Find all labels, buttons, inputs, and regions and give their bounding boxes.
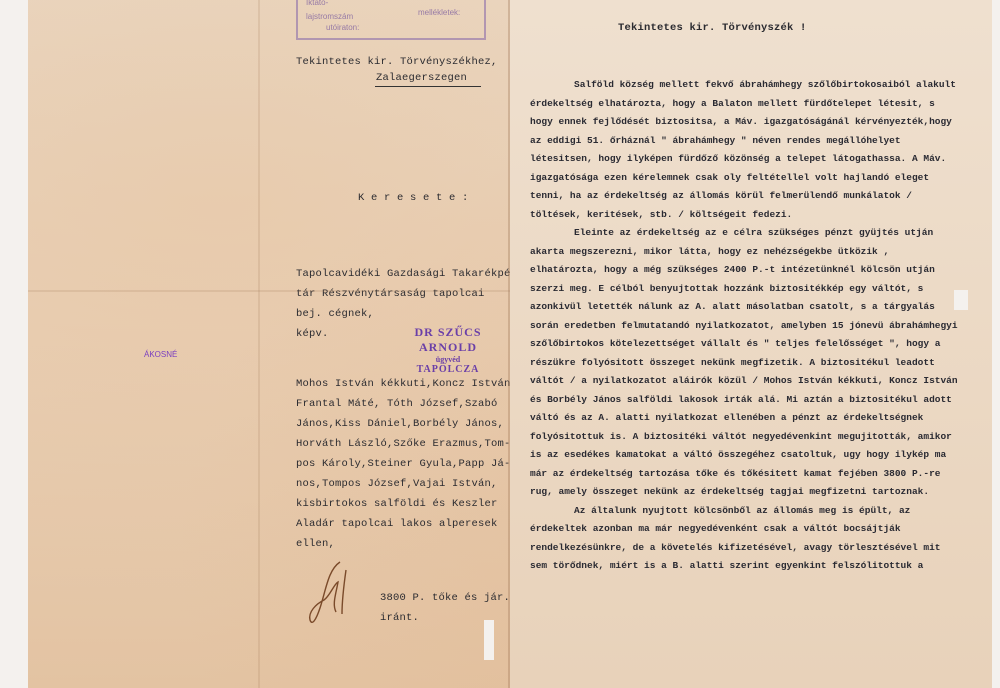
stamp-label: lajstromszám — [306, 12, 353, 21]
paper-tear — [954, 290, 968, 310]
purple-mark: ÁKOSNÉ — [144, 350, 177, 359]
city: Zalaegerszegen — [376, 72, 467, 84]
fold-line — [258, 0, 260, 688]
lawyer-city: TAPOLCZA — [388, 364, 508, 375]
paper-tear — [484, 620, 494, 660]
signature-icon — [306, 560, 350, 630]
lawyer-name: DR SZŰCS ARNOLD — [388, 325, 508, 355]
petition-body: Salföld község mellett fekvő ábrahámhegy… — [530, 76, 960, 576]
paragraph: Eleinte az érdekeltség az e célra szüksé… — [530, 224, 960, 502]
claim-line: iránt. — [380, 612, 419, 624]
plaintiff-line: bej. cégnek, — [296, 308, 374, 320]
registry-stamp: Iktató- mellékletek: lajstromszám utóira… — [296, 0, 486, 40]
paragraph: Salföld község mellett fekvő ábrahámhegy… — [530, 76, 960, 224]
lawyer-role: ügyvéd — [388, 355, 508, 364]
claim-line: 3800 P. tőke és jár. — [380, 592, 510, 604]
stamp-label: utóiraton: — [326, 23, 359, 32]
left-page: Iktató- mellékletek: lajstromszám utóira… — [28, 0, 508, 688]
defendant-line: Frantal Máté, Tóth József,Szabó — [296, 398, 498, 410]
plaintiff-line: Tapolcavidéki Gazdasági Takarékpénz- — [296, 268, 530, 280]
defendant-line: Horváth László,Szőke Erazmus,Tom- — [296, 438, 511, 450]
defendant-line: Aladár tapolcai lakos alperesek — [296, 518, 498, 530]
stamp-label: Iktató- — [306, 0, 328, 7]
defendant-line: pos Károly,Steiner Gyula,Papp Já- — [296, 458, 511, 470]
defendant-line: ellen, — [296, 538, 335, 550]
salutation: Tekintetes kir. Törvényszék ! — [618, 22, 807, 34]
defendant-line: kisbirtokos salföldi és Keszler — [296, 498, 498, 510]
defendant-line: Mohos István kékkuti,Koncz István, — [296, 378, 517, 390]
lawyer-stamp: DR SZŰCS ARNOLD ügyvéd TAPOLCZA — [388, 325, 508, 375]
plaintiff-line: képv. — [296, 328, 329, 340]
heading: K e r e s e t e : — [358, 192, 469, 204]
defendant-line: János,Kiss Dániel,Borbély János, — [296, 418, 504, 430]
addressee: Tekintetes kir. Törvényszékhez, — [296, 56, 498, 68]
underline — [375, 86, 481, 87]
defendant-line: nos,Tompos József,Vajai István, — [296, 478, 498, 490]
paragraph: Az általunk nyujtott kölcsönből az állom… — [530, 502, 960, 576]
stamp-label: mellékletek: — [418, 8, 460, 17]
